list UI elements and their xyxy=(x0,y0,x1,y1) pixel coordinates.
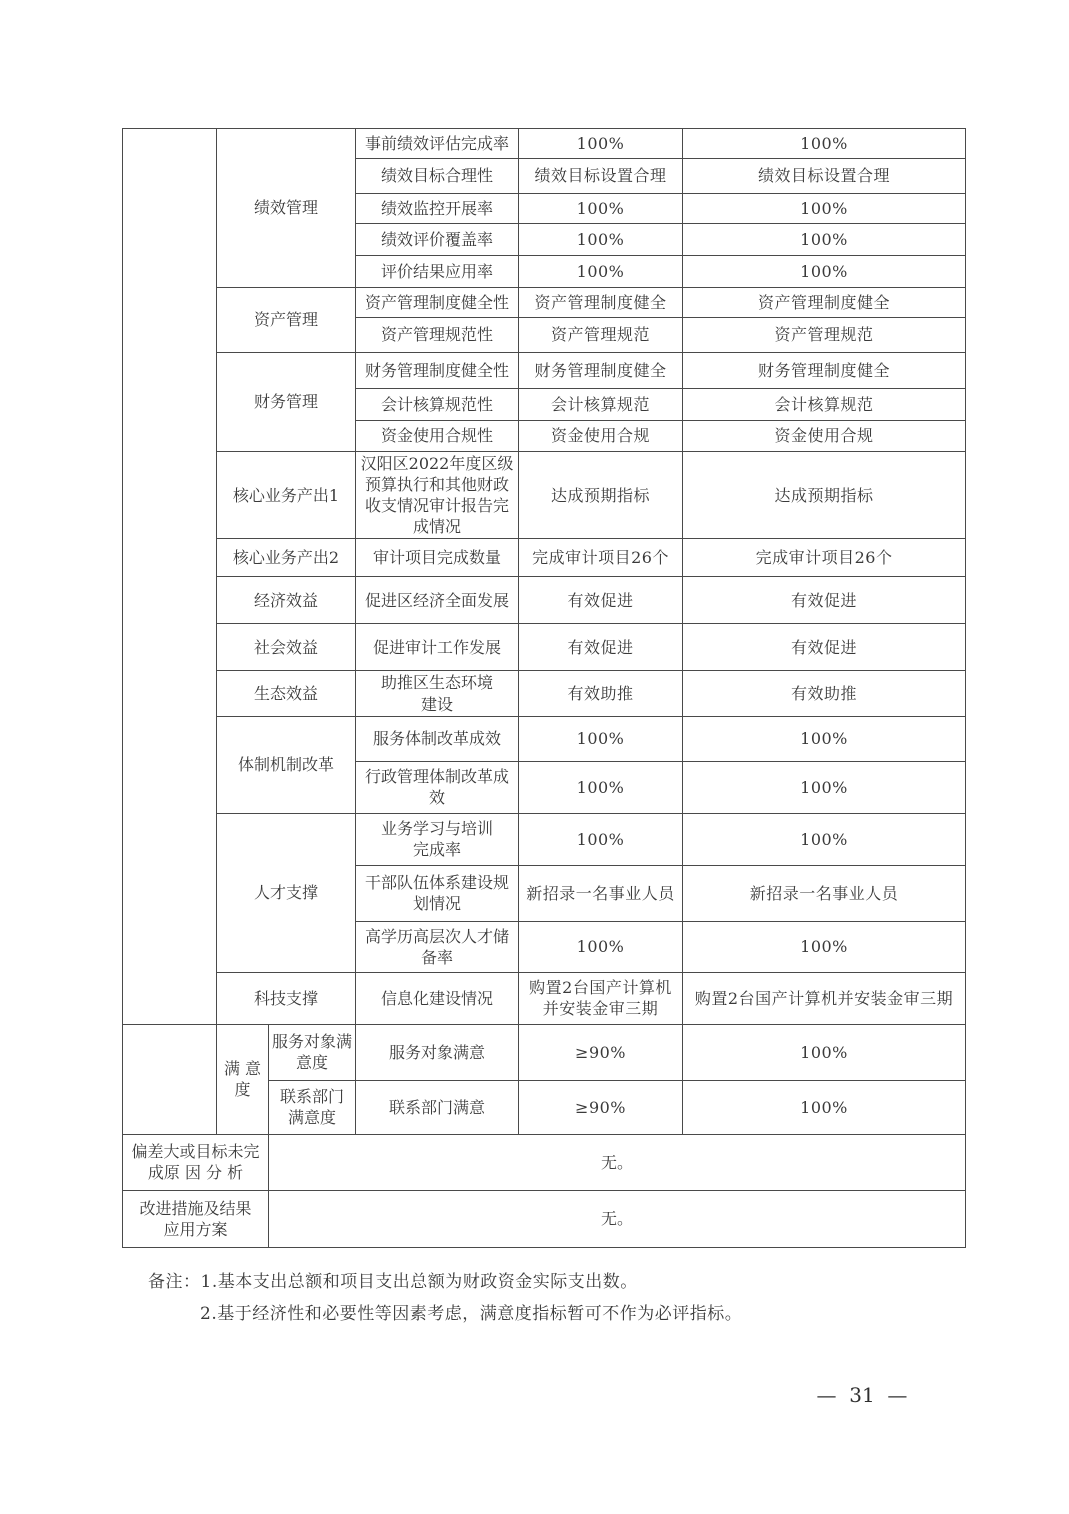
group-cell-system-reform: 体制机制改革 xyxy=(217,716,356,813)
actual-cell: 有效助推 xyxy=(683,671,966,716)
target-cell: 100% xyxy=(519,813,683,865)
indicator-cell: 会计核算规范性 xyxy=(356,389,519,421)
actual-cell: 100% xyxy=(683,716,966,761)
target-cell: 有效促进 xyxy=(519,624,683,671)
deviation-analysis-value: 无。 xyxy=(269,1134,966,1190)
document-page: 绩效管理 事前绩效评估完成率 100% 100% 绩效目标合理性 绩效目标设置合… xyxy=(0,0,1069,1514)
indicator-cell: 评价结果应用率 xyxy=(356,256,519,288)
group-cell-social-benefit: 社会效益 xyxy=(217,624,356,671)
actual-cell: 100% xyxy=(683,1080,966,1134)
note-line-2: 2.基于经济性和必要性等因素考虑，满意度指标暂可不作为必评指标。 xyxy=(200,1299,742,1324)
page-number: — 31 — xyxy=(757,1383,967,1407)
deviation-analysis-label: 偏差大或目标未完 成原 因 分 析 xyxy=(123,1134,269,1190)
satisfaction-group-cell: 满 意 度 xyxy=(217,1024,269,1134)
actual-cell: 资产管理制度健全 xyxy=(683,288,966,318)
indicator-cell: 信息化建设情况 xyxy=(356,972,519,1024)
note-line-1: 备注：1.基本支出总额和项目支出总额为财政资金实际支出数。 xyxy=(148,1267,638,1292)
actual-cell: 会计核算规范 xyxy=(683,389,966,421)
satisfaction-sub-cell: 联系部门 满意度 xyxy=(269,1080,356,1134)
group-cell-core-output-2: 核心业务产出2 xyxy=(217,539,356,577)
improvement-plan-value: 无。 xyxy=(269,1190,966,1247)
indicator-cell: 行政管理体制改革成 效 xyxy=(356,761,519,813)
indicator-cell: 联系部门满意 xyxy=(356,1080,519,1134)
actual-cell: 新招录一名事业人员 xyxy=(683,865,966,921)
target-cell: 资产管理制度健全 xyxy=(519,288,683,318)
indicator-cell: 服务对象满意 xyxy=(356,1024,519,1080)
target-cell: 购置2台国产计算机 并安装金审三期 xyxy=(519,972,683,1024)
target-cell: 会计核算规范 xyxy=(519,389,683,421)
indicator-cell: 服务体制改革成效 xyxy=(356,716,519,761)
actual-cell: 有效促进 xyxy=(683,577,966,624)
indicator-cell: 事前绩效评估完成率 xyxy=(356,129,519,159)
indicator-cell: 资金使用合规性 xyxy=(356,421,519,452)
indicator-cell: 汉阳区2022年度区级 预算执行和其他财政 收支情况审计报告完 成情况 xyxy=(356,452,519,539)
indicator-cell: 高学历高层次人才储 备率 xyxy=(356,921,519,972)
improvement-plan-label: 改进措施及结果 应用方案 xyxy=(123,1190,269,1247)
actual-cell: 完成审计项目26个 xyxy=(683,539,966,577)
indicator-cell: 资产管理制度健全性 xyxy=(356,288,519,318)
target-cell: 有效助推 xyxy=(519,671,683,716)
target-cell: 100% xyxy=(519,194,683,224)
actual-cell: 资产管理规范 xyxy=(683,318,966,353)
target-cell: 达成预期指标 xyxy=(519,452,683,539)
indicator-cell: 干部队伍体系建设规 划情况 xyxy=(356,865,519,921)
indicator-cell: 财务管理制度健全性 xyxy=(356,353,519,389)
group-cell-asset-mgmt: 资产管理 xyxy=(217,288,356,353)
target-cell: ≥90% xyxy=(519,1080,683,1134)
group-cell-economic-benefit: 经济效益 xyxy=(217,577,356,624)
indicator-cell: 促进审计工作发展 xyxy=(356,624,519,671)
actual-cell: 100% xyxy=(683,194,966,224)
target-cell: 100% xyxy=(519,921,683,972)
actual-cell: 100% xyxy=(683,224,966,256)
target-cell: ≥90% xyxy=(519,1024,683,1080)
performance-indicator-table: 绩效管理 事前绩效评估完成率 100% 100% 绩效目标合理性 绩效目标设置合… xyxy=(122,128,966,1248)
group-cell-performance-mgmt: 绩效管理 xyxy=(217,129,356,288)
indicator-cell: 助推区生态环境 建设 xyxy=(356,671,519,716)
actual-cell: 购置2台国产计算机并安装金审三期 xyxy=(683,972,966,1024)
actual-cell: 财务管理制度健全 xyxy=(683,353,966,389)
target-cell: 100% xyxy=(519,256,683,288)
target-cell: 完成审计项目26个 xyxy=(519,539,683,577)
left-stub-cell xyxy=(123,1024,217,1134)
target-cell: 100% xyxy=(519,129,683,159)
actual-cell: 100% xyxy=(683,921,966,972)
group-cell-eco-benefit: 生态效益 xyxy=(217,671,356,716)
actual-cell: 100% xyxy=(683,129,966,159)
indicator-cell: 绩效监控开展率 xyxy=(356,194,519,224)
actual-cell: 100% xyxy=(683,256,966,288)
indicator-cell: 资产管理规范性 xyxy=(356,318,519,353)
indicator-cell: 绩效目标合理性 xyxy=(356,159,519,194)
target-cell: 资产管理规范 xyxy=(519,318,683,353)
indicator-cell: 促进区经济全面发展 xyxy=(356,577,519,624)
group-cell-core-output-1: 核心业务产出1 xyxy=(217,452,356,539)
target-cell: 绩效目标设置合理 xyxy=(519,159,683,194)
indicator-cell: 业务学习与培训 完成率 xyxy=(356,813,519,865)
target-cell: 100% xyxy=(519,716,683,761)
target-cell: 财务管理制度健全 xyxy=(519,353,683,389)
indicator-cell: 审计项目完成数量 xyxy=(356,539,519,577)
target-cell: 有效促进 xyxy=(519,577,683,624)
target-cell: 100% xyxy=(519,224,683,256)
indicator-cell: 绩效评价覆盖率 xyxy=(356,224,519,256)
actual-cell: 100% xyxy=(683,761,966,813)
actual-cell: 资金使用合规 xyxy=(683,421,966,452)
left-stub-cell xyxy=(123,129,217,1025)
group-cell-finance-mgmt: 财务管理 xyxy=(217,353,356,452)
group-cell-tech-support: 科技支撑 xyxy=(217,972,356,1024)
target-cell: 新招录一名事业人员 xyxy=(519,865,683,921)
actual-cell: 有效促进 xyxy=(683,624,966,671)
actual-cell: 绩效目标设置合理 xyxy=(683,159,966,194)
satisfaction-sub-cell: 服务对象满 意度 xyxy=(269,1024,356,1080)
actual-cell: 达成预期指标 xyxy=(683,452,966,539)
group-cell-talent-support: 人才支撑 xyxy=(217,813,356,972)
target-cell: 资金使用合规 xyxy=(519,421,683,452)
target-cell: 100% xyxy=(519,761,683,813)
actual-cell: 100% xyxy=(683,813,966,865)
actual-cell: 100% xyxy=(683,1024,966,1080)
